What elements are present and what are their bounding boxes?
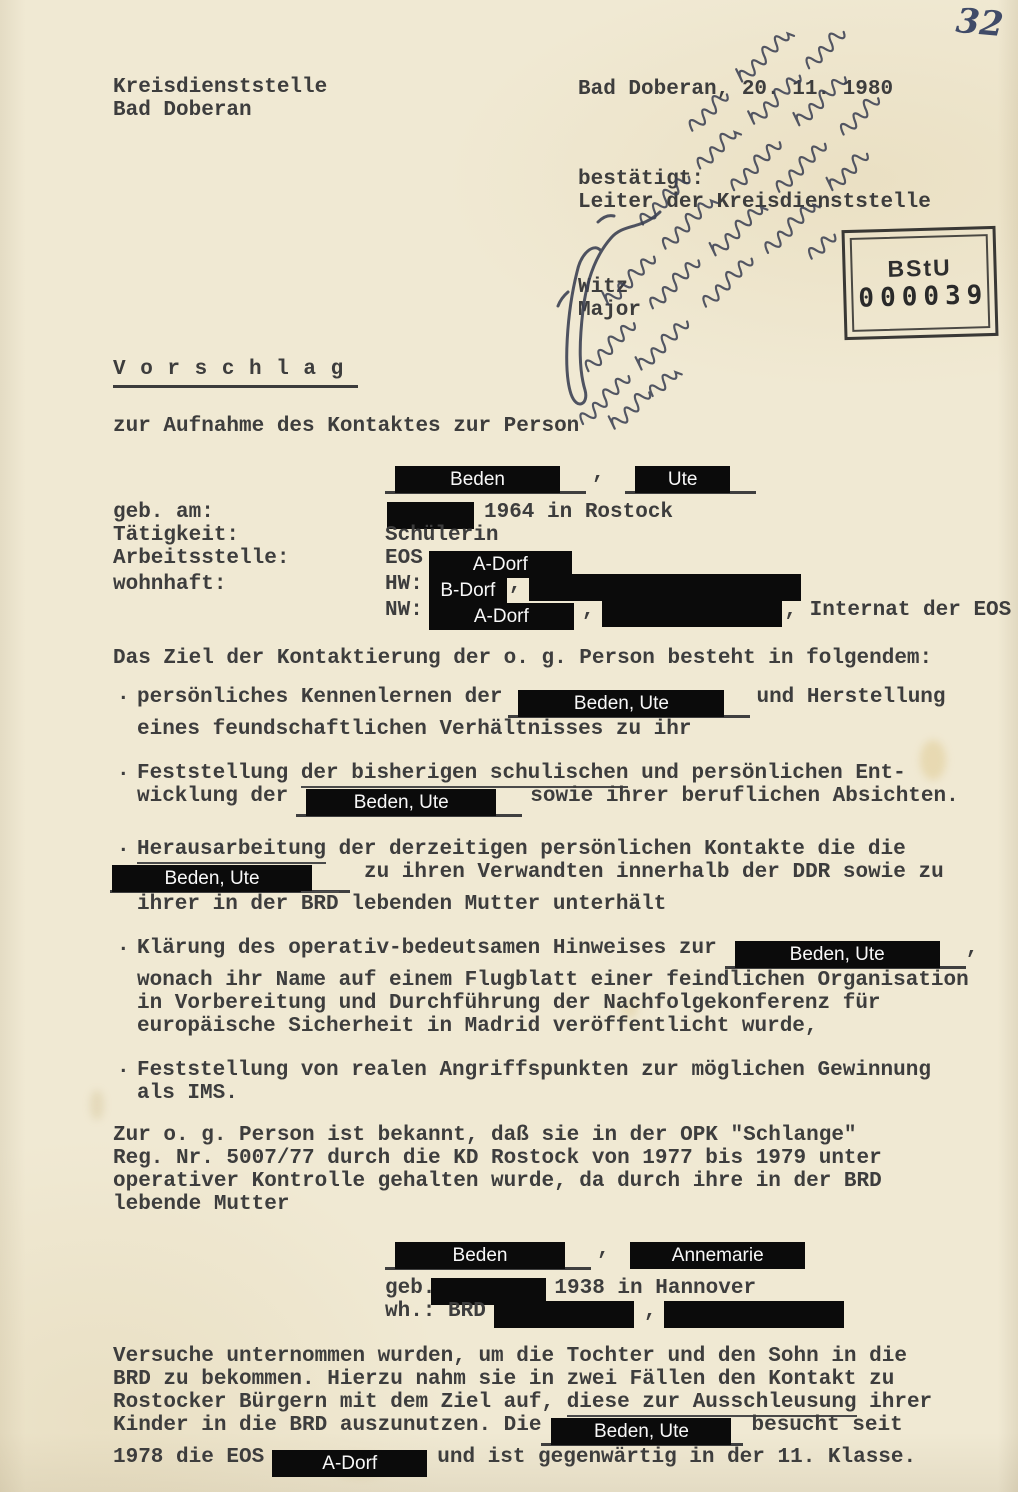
bullet-marker: . xyxy=(117,934,130,957)
bullet-marker: . xyxy=(117,1056,130,1079)
redaction-bar-full-name: Beden, Ute xyxy=(518,690,724,717)
redaction-bar-full-name: Beden, Ute xyxy=(306,789,496,816)
signatory-rank: Major xyxy=(578,299,641,322)
document-body: V o r s c h l a g zur Aufnahme des Konta… xyxy=(113,358,1008,1472)
hw-comma: , xyxy=(509,573,522,596)
closing-paragraph: Versuche unternommen wurden, um die Toch… xyxy=(113,1345,1008,1472)
redaction-bar-mother-address-2 xyxy=(664,1301,844,1328)
residence-hw-row: wohnhaft: HW:B-Dorf, xyxy=(113,573,1008,599)
redaction-bar-surname: Beden xyxy=(395,466,560,493)
bullet-marker: . xyxy=(117,759,130,782)
bullet-item-3: . Herausarbeitung der derzeitigen persön… xyxy=(113,838,1008,916)
redaction-bar-mother-surname: Beden xyxy=(395,1242,565,1269)
bstu-stamp-inner: BStU 000039 xyxy=(850,234,991,332)
redaction-bar-home-address xyxy=(529,574,801,601)
mother-born-value: 1938 in Hannover xyxy=(554,1277,756,1300)
scanned-document-page: 32 Kreisdienststelle Bad Doberan Bad Dob… xyxy=(0,0,1018,1492)
residence-label: wohnhaft: xyxy=(113,573,385,599)
occupation-value: Schülerin xyxy=(385,524,498,547)
approval-label: bestätigt: xyxy=(578,168,931,191)
hw-prefix: HW: xyxy=(385,573,423,596)
goal-intro: Das Ziel der Kontaktierung der o. g. Per… xyxy=(113,647,1008,670)
mother-residence-label: wh.: BRD xyxy=(385,1300,486,1323)
nw-suffix: , Internat der EOS xyxy=(784,599,1011,622)
bstu-stamp: BStU 000039 xyxy=(841,226,998,340)
nw-comma: , xyxy=(582,599,595,622)
bullet-marker: . xyxy=(117,683,130,706)
sender-city: Bad Doberan xyxy=(113,99,327,122)
person-name-row: Beden, Ute xyxy=(113,462,1008,494)
redaction-bar-mother-given-name: Annemarie xyxy=(630,1242,805,1269)
approval-block: bestätigt: Leiter der Kreisdienststelle xyxy=(578,168,931,214)
name-comma: , xyxy=(592,462,605,485)
redaction-bar-school: A-Dorf xyxy=(272,1450,427,1477)
occupation-row: Tätigkeit: Schülerin xyxy=(113,524,1008,547)
proposal-title: V o r s c h l a g xyxy=(113,358,358,388)
redaction-bar-full-name: Beden, Ute xyxy=(735,941,940,968)
bullet-item-5: . Feststellung von realen Angriffspunkte… xyxy=(113,1059,1008,1105)
redaction-bar-given-name: Ute xyxy=(635,466,730,493)
signatory-block: Witz Major xyxy=(578,276,641,322)
redaction-bar-school-village: A-Dorf xyxy=(429,603,574,630)
stamp-serial-number: 000039 xyxy=(852,282,989,312)
workplace-row: Arbeitsstelle: EOSA-Dorf xyxy=(113,547,1008,573)
bullet-marker: . xyxy=(117,835,130,858)
sender-office: Kreisdienststelle xyxy=(113,76,327,99)
born-value: 1964 in Rostock xyxy=(484,501,673,524)
redaction-bar-mother-address-1 xyxy=(494,1301,634,1328)
dateline: Bad Doberan, 20. 11. 1980 xyxy=(578,78,893,101)
redaction-bar-school-address xyxy=(602,600,782,627)
approver-role: Leiter der Kreisdienststelle xyxy=(578,191,931,214)
stamp-org-label: BStU xyxy=(887,256,952,281)
proposal-subtitle: zur Aufnahme des Kontaktes zur Person xyxy=(113,415,1008,438)
nw-prefix: NW: xyxy=(385,599,423,622)
born-row: geb. am: 1964 in Rostock xyxy=(113,501,1008,524)
paper-stain xyxy=(90,1090,104,1120)
sender-block: Kreisdienststelle Bad Doberan xyxy=(113,76,327,122)
residence-nw-row: NW:A-Dorf,, Internat der EOS xyxy=(113,599,1008,625)
mother-data-block: Beden, Annemarie geb.1938 in Hannover wh… xyxy=(385,1238,1008,1323)
bullet-item-4: . Klärung des operativ-bedeutsamen Hinwe… xyxy=(113,937,1008,1038)
signatory-name: Witz xyxy=(578,276,641,299)
mother-born-label: geb. xyxy=(385,1277,435,1300)
bullet-item-2: . Feststellung der bisherigen schulische… xyxy=(113,762,1008,817)
redaction-bar-full-name: Beden, Ute xyxy=(112,865,312,892)
person-data-block: Beden, Ute geb. am: 1964 in Rostock Täti… xyxy=(113,462,1008,625)
handwritten-page-number: 32 xyxy=(955,4,1005,42)
occupation-label: Tätigkeit: xyxy=(113,524,385,547)
redaction-bar-full-name: Beden, Ute xyxy=(551,1418,731,1445)
workplace-prefix: EOS xyxy=(385,547,423,570)
mother-name-comma: , xyxy=(597,1238,610,1261)
mother-address-comma: , xyxy=(644,1300,657,1323)
goal-bullet-list: . persönliches Kennenlernen derBeden, Ut… xyxy=(113,686,1008,1105)
background-paragraph: Zur o. g. Person ist bekannt, daß sie in… xyxy=(113,1124,1008,1216)
bullet-item-1: . persönliches Kennenlernen derBeden, Ut… xyxy=(113,686,1008,741)
workplace-label: Arbeitsstelle: xyxy=(113,547,385,573)
born-label: geb. am: xyxy=(113,501,385,524)
